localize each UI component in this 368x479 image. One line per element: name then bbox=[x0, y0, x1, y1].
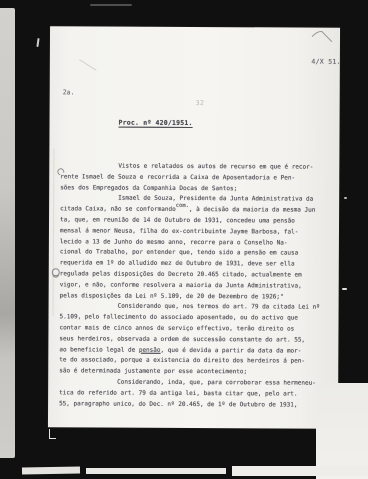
text-line: pelas disposições da Lei nº 5.109, de 20… bbox=[60, 291, 314, 303]
document-title: Proc. nº 420/1951. bbox=[119, 119, 199, 127]
text-line: 55, paragrapho unico, do Dec. nº 20.465,… bbox=[59, 399, 313, 411]
film-dash-right-upper bbox=[344, 197, 347, 199]
text-line: são é determinada justamente por esse ac… bbox=[59, 366, 313, 378]
text-line: tica do referido art. 79 da antiga lei, … bbox=[59, 388, 313, 400]
fold-crease-icon bbox=[310, 29, 336, 45]
bottom-scan-strip-segment bbox=[86, 468, 226, 474]
scanner-edge-strip bbox=[0, 8, 15, 458]
text-line: rente Ismael de Souza e recorrida a Caix… bbox=[60, 172, 314, 184]
document-body: Vistos e relatados os autos de recurso e… bbox=[59, 161, 314, 411]
bottom-scan-strip-segment bbox=[22, 466, 80, 474]
document-page: 4/X 51. 2a. 32 Proc. nº 420/1951. Vistos… bbox=[48, 26, 340, 429]
film-mark-top-left bbox=[36, 38, 39, 47]
corner-date-note: 4/X 51. bbox=[251, 57, 341, 65]
scratch-mark bbox=[79, 59, 96, 71]
text-line: sões dos Empregados da Companhia Docas d… bbox=[60, 183, 314, 195]
classification-note: 2a. bbox=[63, 88, 75, 96]
typed-insertion-above-line: com. bbox=[176, 203, 189, 209]
underlying-sheet-corner bbox=[316, 383, 368, 479]
punch-hole-mark-bottom bbox=[52, 268, 60, 276]
film-corner-mark-bottom-left bbox=[49, 429, 56, 439]
scan-artifact-top bbox=[90, 4, 132, 6]
text-line: vigor, e não, conforme resolvera a maior… bbox=[60, 280, 314, 292]
underlined-word: pensão bbox=[139, 346, 161, 353]
bottom-scan-strip-segment bbox=[232, 466, 368, 476]
page-number-stamp: 32 bbox=[196, 99, 205, 107]
scanned-document-view: 4/X 51. 2a. 32 Proc. nº 420/1951. Vistos… bbox=[0, 0, 368, 479]
text-line: seus herdeiros, observada a ordem de suc… bbox=[59, 334, 313, 346]
text-line: mensal á menor Neusa, filha do ex-contri… bbox=[60, 226, 314, 238]
sheet-edge-line bbox=[53, 148, 55, 316]
film-dash-right-lower bbox=[342, 288, 347, 290]
